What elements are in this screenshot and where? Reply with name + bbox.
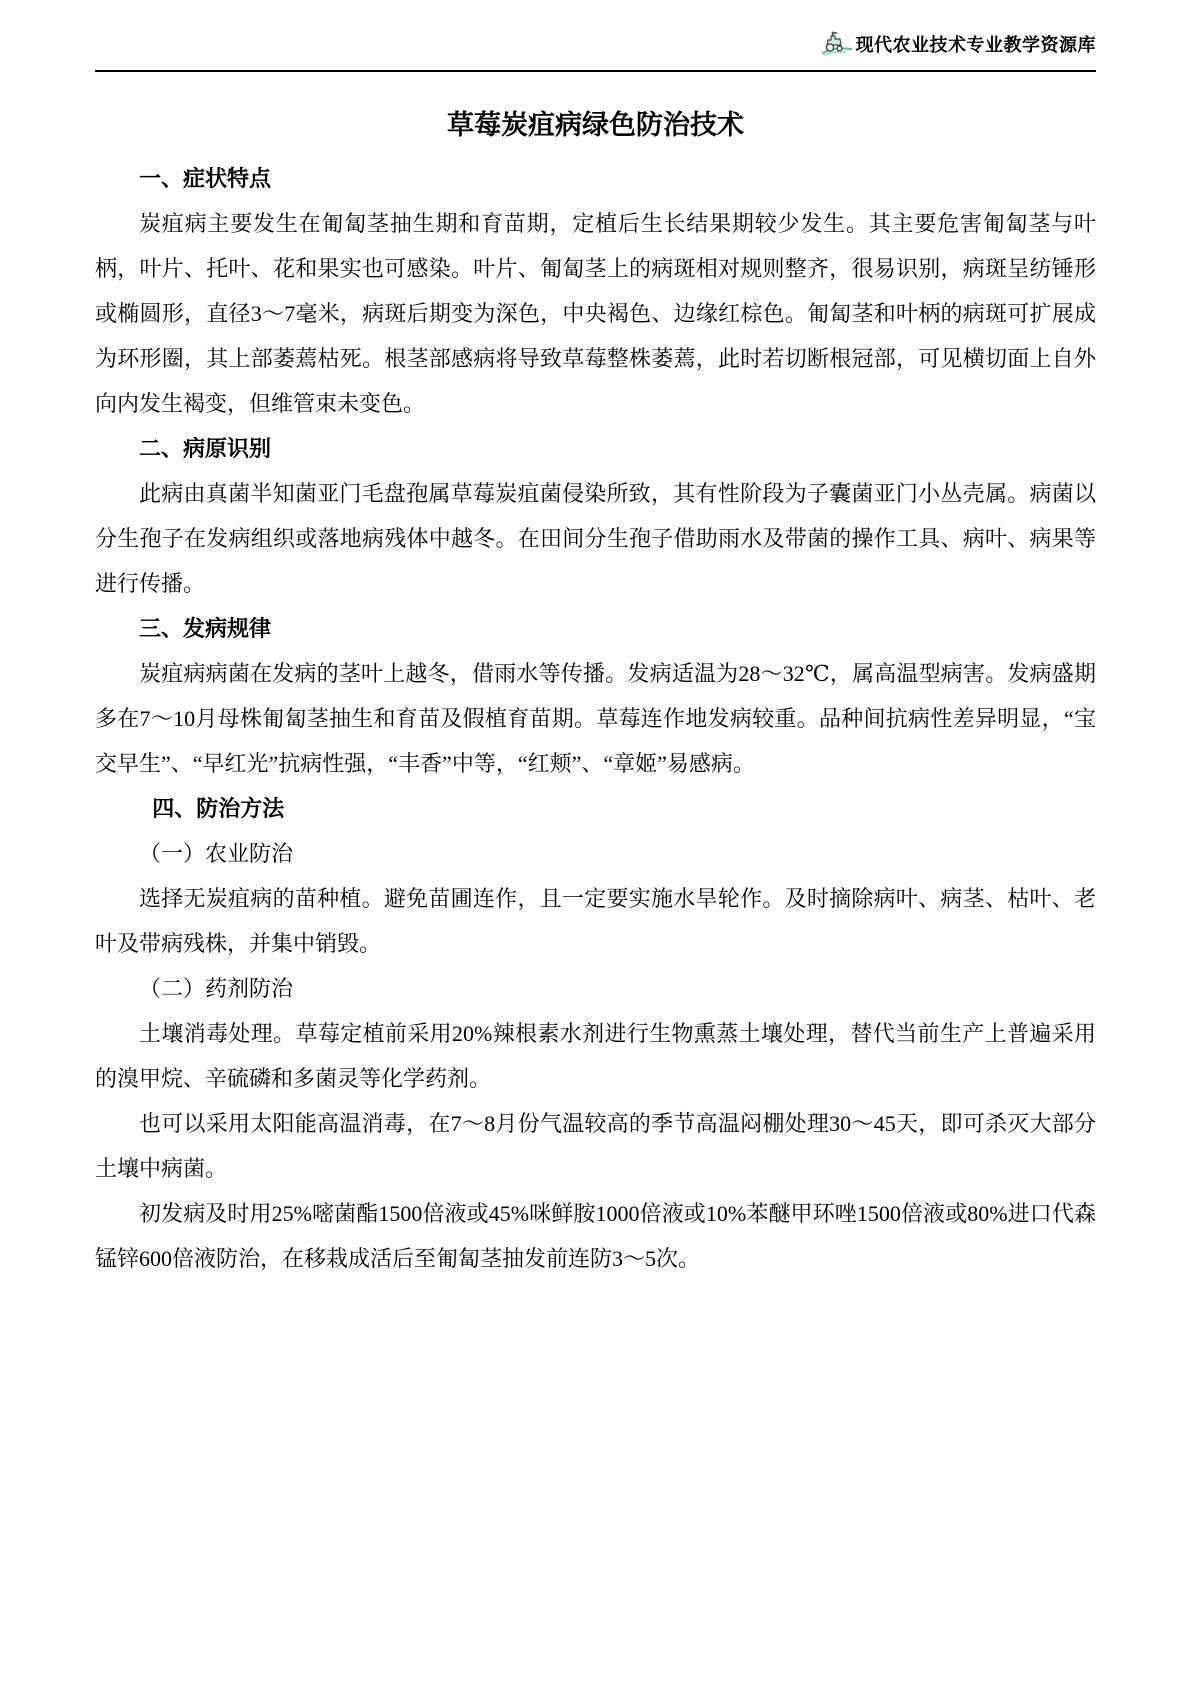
section3-heading: 三、发病规律 [95, 606, 1096, 651]
brand-title: 现代农业技术专业教学资源库 [856, 31, 1097, 57]
section1-paragraph: 炭疽病主要发生在匍匐茎抽生期和育苗期，定植后生长结果期较少发生。其主要危害匍匐茎… [95, 201, 1096, 426]
tractor-logo-icon [821, 30, 853, 58]
section4-sub2-paragraph-2: 也可以采用太阳能高温消毒，在7～8月份气温较高的季节高温闷棚处理30～45天，即… [95, 1101, 1096, 1191]
section4-heading: 四、防治方法 [95, 786, 1096, 831]
document-page: 现代农业技术专业教学资源库 草莓炭疽病绿色防治技术 一、症状特点 炭疽病主要发生… [0, 0, 1191, 1684]
section4-sub1-paragraph: 选择无炭疽病的苗种植。避免苗圃连作，且一定要实施水旱轮作。及时摘除病叶、病茎、枯… [95, 876, 1096, 966]
section2-paragraph: 此病由真菌半知菌亚门毛盘孢属草莓炭疽菌侵染所致，其有性阶段为子囊菌亚门小丛壳属。… [95, 471, 1096, 606]
section1-heading: 一、症状特点 [95, 156, 1096, 201]
section4-sub2-paragraph-3: 初发病及时用25%嘧菌酯1500倍液或45%咪鲜胺1000倍液或10%苯醚甲环唑… [95, 1191, 1096, 1281]
page-header: 现代农业技术专业教学资源库 [95, 30, 1096, 72]
section2-heading: 二、病原识别 [95, 426, 1096, 471]
section4-sub1-label: （一）农业防治 [95, 831, 1096, 876]
section4-sub2-label: （二）药剂防治 [95, 966, 1096, 1011]
doc-title: 草莓炭疽病绿色防治技术 [95, 94, 1096, 156]
section4-sub2-paragraph-1: 土壤消毒处理。草莓定植前采用20%辣根素水剂进行生物熏蒸土壤处理，替代当前生产上… [95, 1011, 1096, 1101]
document-body: 草莓炭疽病绿色防治技术 一、症状特点 炭疽病主要发生在匍匐茎抽生期和育苗期，定植… [95, 94, 1096, 1281]
section3-paragraph: 炭疽病病菌在发病的茎叶上越冬，借雨水等传播。发病适温为28～32℃，属高温型病害… [95, 651, 1096, 786]
